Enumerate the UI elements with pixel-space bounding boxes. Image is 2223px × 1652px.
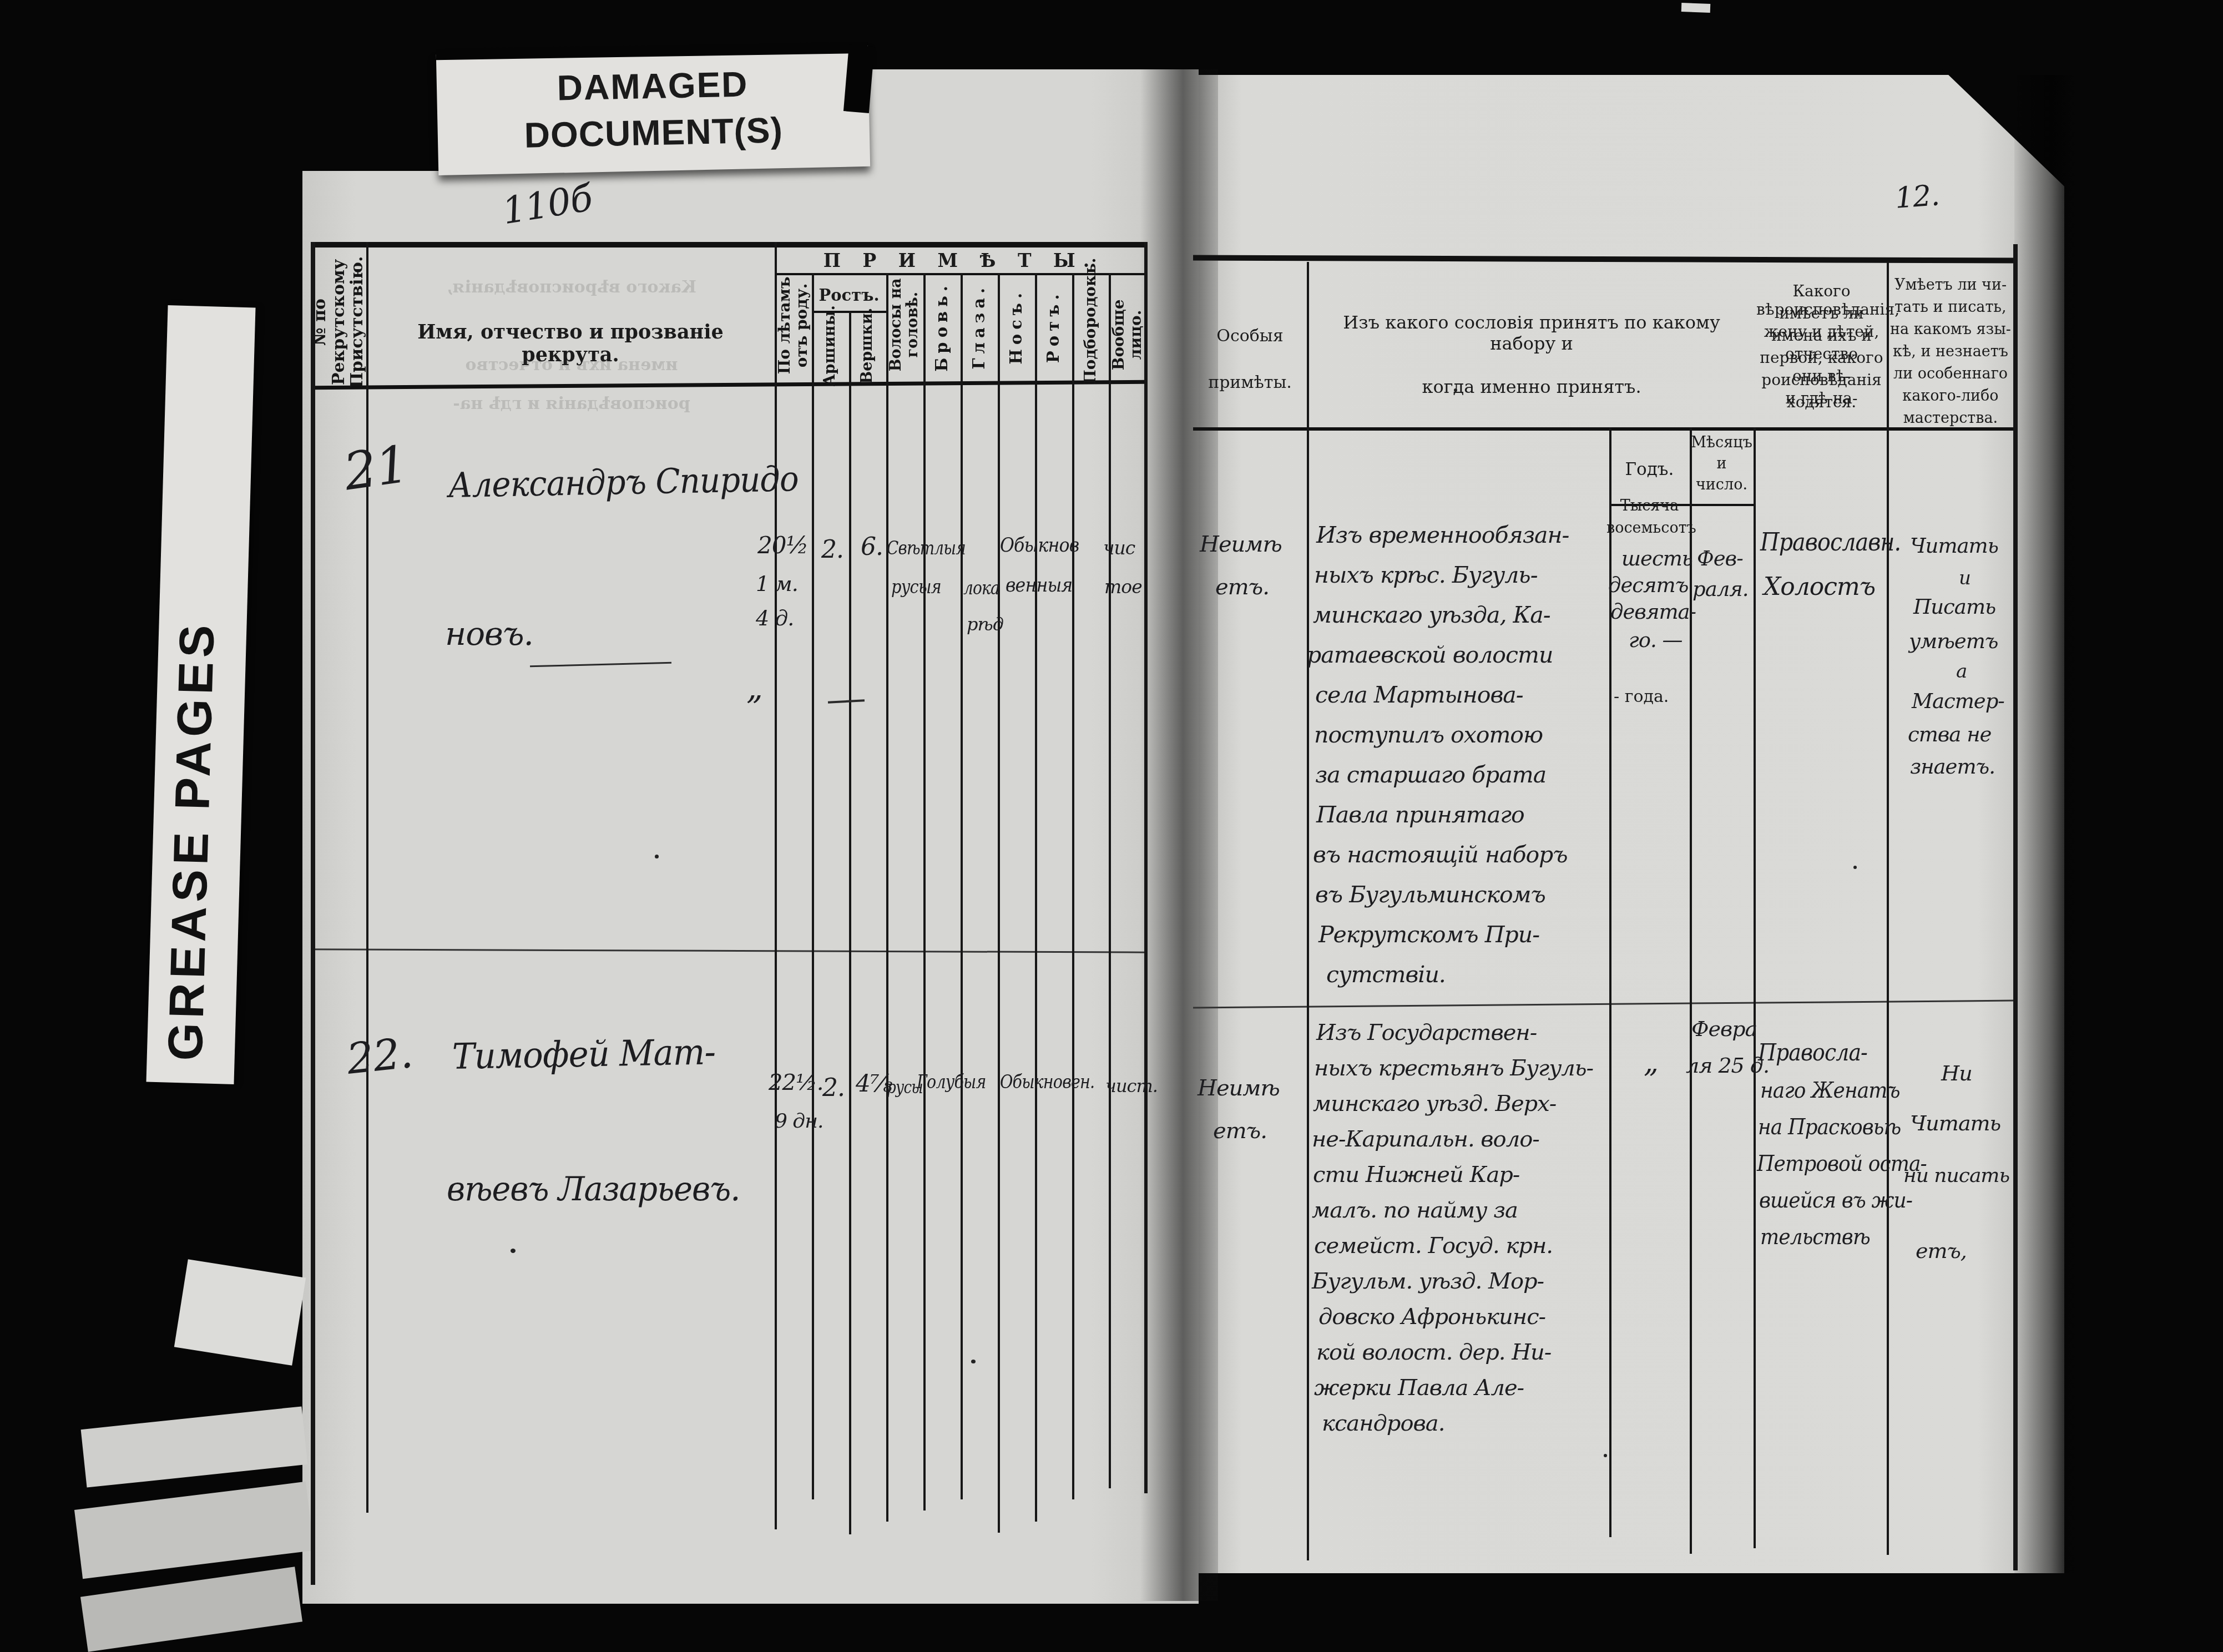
column-header-arshin: Аршины. bbox=[822, 287, 838, 404]
ditto-mark: „ bbox=[746, 669, 762, 706]
damaged-sticker: DAMAGED DOCUMENT(S) bbox=[436, 46, 870, 175]
record-year-ditto: „ bbox=[1644, 1046, 1658, 1079]
table-line bbox=[366, 242, 368, 1513]
record-special-line1: Неимѣ bbox=[1198, 1075, 1280, 1101]
record-soslovie-line: ратаевской волости bbox=[1307, 641, 1553, 668]
year-printed-prefix-1: Тысяча bbox=[1609, 497, 1690, 514]
record-soslovie-line: не-Карипальн. воло- bbox=[1312, 1126, 1539, 1152]
record-month-line1: Февра bbox=[1691, 1017, 1757, 1041]
column-header-special-2: примѣты. bbox=[1193, 373, 1307, 392]
record-soslovie-line: поступилъ охотою bbox=[1314, 721, 1543, 748]
record-soslovie-line: за старшаго брата bbox=[1315, 761, 1546, 788]
left-page bbox=[302, 69, 1199, 1604]
column-header-vershok: Вершки. bbox=[859, 287, 876, 404]
column-header-literacy-l0: Умѣетъ ли чи- bbox=[1889, 276, 2012, 294]
dust-speck bbox=[655, 855, 659, 858]
record-soslovie-line: Бугульм. уѣзд. Мор- bbox=[1312, 1269, 1544, 1294]
bleedthrough-text: Какого вѣроисповѣданія, bbox=[400, 277, 744, 297]
year-printed-prefix-2: восемьсотъ bbox=[1606, 519, 1692, 537]
right-folio-number: 12. bbox=[1894, 179, 1941, 215]
record-special-line1: Неимѣ bbox=[1200, 532, 1282, 557]
record-religion-line: вшейся въ жи- bbox=[1759, 1188, 1912, 1213]
record-name-line2: новъ. bbox=[445, 615, 533, 653]
record-soslovie-line: сутствіи. bbox=[1326, 961, 1446, 988]
record-soslovie-line: семейст. Госуд. крн. bbox=[1314, 1233, 1553, 1259]
loose-page-edge bbox=[174, 1259, 306, 1366]
record-year-line: го. — bbox=[1629, 628, 1683, 652]
record-nose-mouth-line1: Обыкнов bbox=[1000, 534, 1079, 557]
record-age-line3: 4 д. bbox=[756, 606, 794, 630]
table-line bbox=[1887, 262, 1889, 1555]
column-header-soslovie-2: когда именно принятъ. bbox=[1312, 376, 1751, 397]
column-header-literacy-l5: какого-либо bbox=[1889, 387, 2012, 405]
record-hair-line1: Свѣтлыя bbox=[887, 537, 966, 559]
record-number: 22. bbox=[345, 1028, 415, 1084]
record-soslovie-line: Рекрутскомъ При- bbox=[1318, 921, 1539, 948]
column-header-mouth: Ротъ. bbox=[1044, 268, 1062, 385]
record-soslovie-line: Изъ Государствен- bbox=[1316, 1020, 1537, 1045]
record-face-line2: тое bbox=[1104, 576, 1142, 598]
record-name-line1: Тимофей Мат- bbox=[452, 1032, 715, 1078]
record-name-line2: вѣевъ Лазарьевъ. bbox=[447, 1170, 740, 1209]
column-header-soslovie-1: Изъ какого сословія принятъ по какому на… bbox=[1312, 312, 1751, 354]
record-literacy-line: и bbox=[1959, 567, 1971, 589]
dust-speck bbox=[1604, 1454, 1607, 1457]
record-religion-line: на Прасковьѣ bbox=[1758, 1114, 1901, 1140]
record-religion-line1: Православн. bbox=[1760, 528, 1901, 557]
column-header-eyes: Глаза. bbox=[970, 268, 988, 385]
table-line bbox=[923, 273, 926, 1510]
binding-shadow bbox=[1140, 69, 1218, 1601]
column-header-month-3: число. bbox=[1690, 476, 1754, 493]
record-soslovie-line: Павла принятаго bbox=[1316, 801, 1524, 828]
grease-pages-label: GREASE PAGES bbox=[157, 328, 234, 1062]
record-special-line2: етъ. bbox=[1213, 1118, 1267, 1144]
record-special-line2: етъ. bbox=[1215, 574, 1269, 600]
record-month-line2: раля. bbox=[1692, 577, 1749, 601]
record-religion-line: тельствѣ bbox=[1760, 1224, 1870, 1250]
record-soslovie-line: жерки Павла Але- bbox=[1314, 1375, 1524, 1401]
column-header-nose: Носъ. bbox=[1007, 268, 1025, 385]
year-printed-goda: - года. bbox=[1614, 687, 1669, 706]
table-border-top bbox=[311, 242, 1146, 247]
record-face-line1: чис bbox=[1103, 537, 1135, 559]
record-soslovie-line: Изъ временнообязан- bbox=[1316, 522, 1569, 548]
column-header-literacy-l4: ли особеннаго bbox=[1889, 365, 2012, 382]
scanned-document: DAMAGED DOCUMENT(S) GREASE PAGES 110б 12… bbox=[0, 0, 2223, 1652]
record-literacy-line: а bbox=[1956, 660, 1967, 683]
column-header-face: Вообще лицо. bbox=[1110, 276, 1145, 393]
record-religion-line2: Холостъ bbox=[1764, 573, 1875, 601]
column-header-religion-l5: ходятся. bbox=[1756, 393, 1887, 411]
damaged-sticker-line1: DAMAGED bbox=[436, 61, 868, 111]
record-soslovie-line: сти Нижней Кар- bbox=[1313, 1162, 1519, 1188]
record-literacy-line: Писать bbox=[1913, 595, 1995, 619]
record-eyes-line2: рѣд bbox=[967, 614, 1003, 635]
record-literacy-line: Читать bbox=[1910, 1111, 2000, 1135]
record-nose-mouth-line2: венныя bbox=[1006, 574, 1072, 597]
record-literacy-line: знаетъ. bbox=[1910, 755, 1995, 779]
record-literacy-line: умѣетъ bbox=[1909, 629, 1998, 653]
table-line bbox=[886, 273, 888, 1522]
record-age-line2: 9 дн. bbox=[775, 1110, 823, 1133]
column-header-special-1: Особыя bbox=[1193, 326, 1307, 346]
record-face: чист. bbox=[1105, 1075, 1158, 1097]
record-soslovie-line: довско Афронькинс- bbox=[1318, 1304, 1545, 1330]
loose-page-edge bbox=[74, 1482, 314, 1579]
table-line bbox=[775, 242, 777, 1529]
record-number: 21 bbox=[340, 435, 412, 502]
column-header-literacy-l1: тать и писать, bbox=[1889, 299, 2012, 316]
table-line bbox=[1072, 273, 1074, 1499]
column-header-hair: Волосы на головѣ. bbox=[888, 266, 921, 383]
record-year-line: шесть bbox=[1621, 547, 1692, 570]
column-header-chin: Подбородокъ. bbox=[1082, 268, 1099, 385]
record-age-line1: 20½ bbox=[757, 532, 808, 559]
dust-speck bbox=[1853, 866, 1857, 869]
record-age-line1: 22½. bbox=[769, 1070, 823, 1095]
record-hair-line2: русыя bbox=[891, 576, 941, 598]
record-soslovie-line: малъ. по найму за bbox=[1312, 1198, 1518, 1223]
record-month-line1: Фев- bbox=[1697, 547, 1743, 570]
table-line bbox=[1690, 427, 1692, 1554]
table-border-left bbox=[311, 242, 315, 1585]
table-line bbox=[998, 273, 1000, 1533]
record-year-line: девята- bbox=[1610, 600, 1696, 624]
record-literacy-line: ства не bbox=[1908, 723, 1991, 746]
record-soslovie-line: кой волост. дер. Ни- bbox=[1316, 1340, 1551, 1365]
table-line bbox=[1035, 273, 1037, 1522]
bleedthrough-text: имена ихъ и отчество bbox=[400, 355, 744, 375]
table-line bbox=[961, 273, 963, 1499]
record-nose-mouth: Обыкновен. bbox=[1000, 1071, 1094, 1093]
column-header-brow: Бровь. bbox=[933, 268, 951, 385]
column-header-literacy-l3: кѣ, и незнаетъ bbox=[1889, 343, 2012, 360]
white-speck bbox=[1681, 3, 1711, 13]
record-literacy-line: етъ, bbox=[1916, 1239, 1967, 1263]
record-soslovie-line: въ настоящій наборъ bbox=[1313, 841, 1568, 868]
record-religion-line: наго Женатъ bbox=[1760, 1078, 1900, 1103]
table-line bbox=[1109, 273, 1111, 1488]
record-soslovie-line: села Мартынова- bbox=[1315, 681, 1523, 708]
table-line bbox=[1307, 262, 1309, 1560]
record-literacy-line: Ни bbox=[1941, 1061, 1972, 1085]
record-year-line: десятъ bbox=[1608, 573, 1688, 597]
dust-speck bbox=[511, 1249, 516, 1253]
dust-speck bbox=[971, 1360, 976, 1363]
record-literacy-line: ни писать bbox=[1903, 1164, 2009, 1187]
record-age-line2: 1 м. bbox=[756, 572, 798, 596]
record-vershok: 6. bbox=[861, 533, 883, 561]
record-religion-line: Правосла- bbox=[1758, 1039, 1867, 1066]
page-edge-curl bbox=[2014, 75, 2075, 1573]
loose-page-edge bbox=[80, 1567, 302, 1651]
loose-page-edge bbox=[81, 1406, 308, 1487]
column-header-month-2: и bbox=[1690, 455, 1754, 472]
column-header-age: По лѣтамъ отъ роду. bbox=[776, 267, 811, 383]
column-header-literacy-l2: на какомъ язы- bbox=[1889, 321, 2012, 338]
column-header-num: № по Рекрутскому Присутствію. bbox=[311, 250, 367, 394]
record-religion-line: Петровой оста- bbox=[1757, 1151, 1927, 1176]
column-header-literacy-l6: мастерства. bbox=[1889, 410, 2012, 427]
column-header-month-1: Мѣсяцъ bbox=[1690, 434, 1754, 451]
record-soslovie-line: ныхъ крестьянъ Бугуль- bbox=[1314, 1055, 1593, 1081]
record-soslovie-line: ксандрова. bbox=[1322, 1411, 1444, 1436]
record-soslovie-line: минскаго уѣзд. Верх- bbox=[1313, 1091, 1556, 1117]
column-header-god: Годъ. bbox=[1609, 459, 1690, 479]
record-eyes: Голубыя bbox=[917, 1071, 986, 1093]
table-header-bottom bbox=[1193, 427, 2018, 431]
record-arshin: 2. bbox=[822, 1074, 845, 1102]
record-name-line1: Александръ Спиридо bbox=[448, 458, 799, 506]
table-line bbox=[812, 273, 814, 1499]
record-month-line2: ля 25 д. bbox=[1686, 1053, 1769, 1078]
bleedthrough-text: роисповѣданія и гдѣ на- bbox=[400, 394, 744, 413]
sticker-torn-edge bbox=[436, 42, 868, 60]
record-arshin: 2. bbox=[821, 535, 843, 564]
table-line bbox=[849, 311, 851, 1534]
record-soslovie-line: минскаго уѣзда, Ка- bbox=[1313, 602, 1550, 628]
table-border-right bbox=[2013, 244, 2018, 1570]
dust-speck bbox=[1454, 388, 1457, 392]
damaged-sticker-line2: DOCUMENT(S) bbox=[437, 108, 870, 158]
record-soslovie-line: ныхъ крѣс. Бугуль- bbox=[1314, 562, 1538, 588]
record-literacy-line: Мастер- bbox=[1912, 689, 2004, 713]
grease-pages-sticker: GREASE PAGES bbox=[146, 305, 255, 1084]
record-soslovie-line: въ Бугульминскомъ bbox=[1315, 881, 1545, 908]
record-literacy-line: Читать bbox=[1910, 534, 1998, 558]
table-line bbox=[1754, 427, 1756, 1548]
record-eyes-line1: лока bbox=[963, 577, 999, 599]
table-border-right bbox=[1144, 242, 1148, 1493]
